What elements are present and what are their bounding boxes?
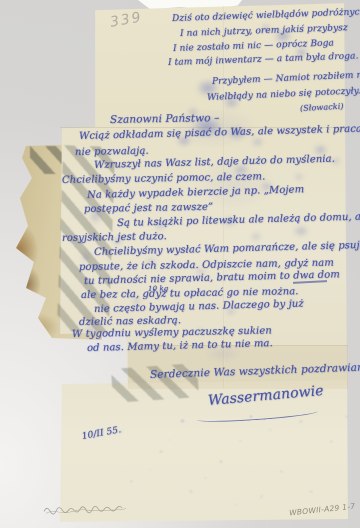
ink-blot: [169, 439, 171, 441]
ink-blot: [250, 232, 262, 241]
ink-blot: [345, 415, 348, 418]
ink-blot: [239, 440, 242, 442]
ink-blot: [180, 419, 185, 423]
pencil-scribble: [42, 500, 128, 517]
ink-blot: [294, 173, 304, 181]
ink-blot: [269, 429, 272, 431]
body-line: postępać jest na zawsze”: [84, 202, 213, 215]
ink-blot: [149, 469, 151, 471]
ink-blot: [204, 477, 207, 479]
ink-blot: [130, 480, 133, 483]
interline-insert: 10 kg: [148, 285, 168, 293]
ink-blot: [299, 420, 303, 423]
body-line: rosyjskich jest dużo.: [62, 231, 167, 244]
body-line: nie pozwalają.: [75, 146, 149, 158]
ink-blot: [330, 440, 333, 443]
photographed-letter: Dziś oto dziewięć wielbłądów podróżnychI…: [0, 0, 360, 528]
ink-blot: [293, 225, 309, 237]
salutation: Szanowni Państwo –: [110, 112, 220, 126]
ink-blot: [309, 490, 313, 493]
body-line: dzielić nas eskadrą.: [79, 315, 181, 328]
ink-blot: [189, 490, 193, 493]
ink-blot: [81, 250, 91, 263]
ink-blot: [260, 495, 263, 498]
ink-blot: [219, 460, 223, 463]
ink-blot: [234, 504, 237, 506]
ink-blot: [159, 450, 163, 453]
ink-blot: [280, 470, 283, 473]
